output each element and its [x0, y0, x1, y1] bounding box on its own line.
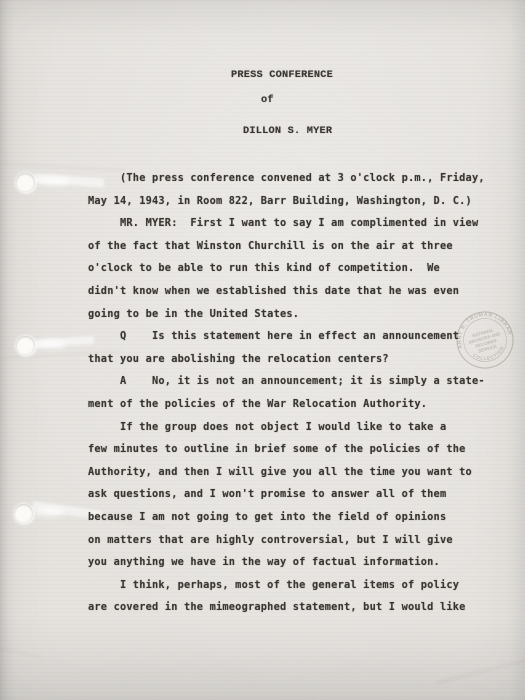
punch-hole-top-flare: [36, 177, 70, 185]
punch-hole-middle: [16, 336, 35, 355]
transcript-body: (The press conference convened at 3 o'cl…: [88, 167, 485, 619]
punch-hole-top: [16, 173, 35, 192]
punch-hole-middle-flare: [36, 340, 66, 348]
speaker-name: DILLON S. MYER: [243, 125, 332, 137]
document-title-of: of: [261, 94, 274, 106]
document-title: PRESS CONFERENCE: [231, 69, 333, 81]
punch-hole-bottom-flare: [34, 508, 64, 516]
paper-crease: [0, 648, 40, 658]
document-page: HARRY S. TRUMAN LIBRARY COLLECTION NATIO…: [0, 0, 525, 700]
paper-crease: [436, 655, 525, 685]
punch-hole-bottom: [14, 504, 33, 523]
